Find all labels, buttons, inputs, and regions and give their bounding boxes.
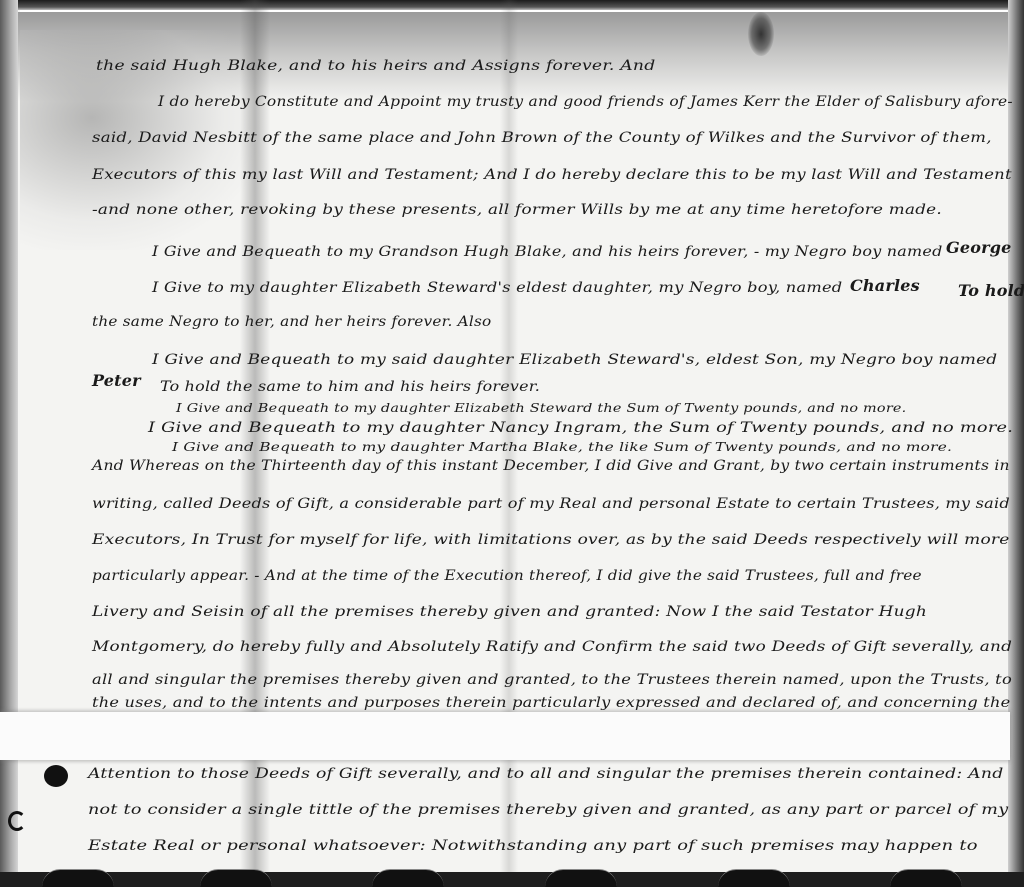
- binder-hole-tab: [718, 869, 790, 887]
- handwritten-line: said, David Nesbitt of the same place an…: [92, 130, 992, 146]
- handwritten-line: I Give to my daughter Elizabeth Steward'…: [152, 280, 842, 296]
- emphasized-name: Peter: [92, 371, 141, 390]
- handwritten-line: Livery and Seisin of all the premises th…: [92, 604, 927, 620]
- handwritten-line: writing, called Deeds of Gift, a conside…: [92, 496, 1010, 512]
- scan-right-border: [1008, 0, 1024, 887]
- emphasized-name: George: [946, 238, 1012, 257]
- handwritten-line: And Whereas on the Thirteenth day of thi…: [92, 458, 1010, 474]
- handwritten-line: the uses, and to the intents and purpose…: [92, 695, 1010, 711]
- handwritten-line: I Give and Bequeath to my Grandson Hugh …: [152, 244, 943, 260]
- handwritten-line: I Give and Bequeath to my daughter Nancy…: [148, 420, 1013, 436]
- handwritten-line: I Give and Bequeath to my said daughter …: [152, 352, 997, 368]
- handwritten-line: I do hereby Constitute and Appoint my tr…: [158, 94, 1013, 110]
- binder-hole-tab: [42, 869, 114, 887]
- handwritten-line: all and singular the premises thereby gi…: [92, 672, 1012, 688]
- redaction-band: [0, 712, 1010, 760]
- handwritten-line: particularly appear. - And at the time o…: [92, 568, 922, 584]
- handwritten-line: Attention to those Deeds of Gift several…: [88, 766, 1003, 782]
- handwritten-line: To hold the same to him and his heirs fo…: [160, 379, 540, 395]
- handwritten-line: the same Negro to her, and her heirs for…: [92, 314, 491, 330]
- binder-hole-tab: [545, 869, 617, 887]
- handwritten-line: I Give and Bequeath to my daughter Eliza…: [176, 400, 906, 415]
- ink-mark-margin: [8, 811, 26, 831]
- ink-blot-margin: [44, 765, 68, 787]
- emphasized-name: Charles: [850, 276, 920, 295]
- binder-hole-tab: [200, 869, 272, 887]
- handwritten-line: Montgomery, do hereby fully and Absolute…: [92, 639, 1012, 655]
- handwritten-line: I Give and Bequeath to my daughter Marth…: [172, 439, 952, 454]
- handwritten-line: Estate Real or personal whatsoever: Notw…: [88, 838, 978, 854]
- binder-hole-tab: [890, 869, 962, 887]
- emphasized-name: To hold: [958, 281, 1024, 300]
- handwritten-line: -and none other, revoking by these prese…: [92, 202, 942, 218]
- binder-strip: [0, 872, 1024, 887]
- ink-blot-top: [748, 12, 774, 56]
- handwritten-line: Executors of this my last Will and Testa…: [92, 167, 1012, 183]
- handwritten-line: not to consider a single tittle of the p…: [88, 802, 1008, 818]
- scanned-document-page: the said Hugh Blake, and to his heirs an…: [0, 0, 1024, 887]
- handwritten-line: the said Hugh Blake, and to his heirs an…: [96, 58, 655, 74]
- handwritten-line: Executors, In Trust for myself for life,…: [92, 532, 1010, 548]
- binder-hole-tab: [372, 869, 444, 887]
